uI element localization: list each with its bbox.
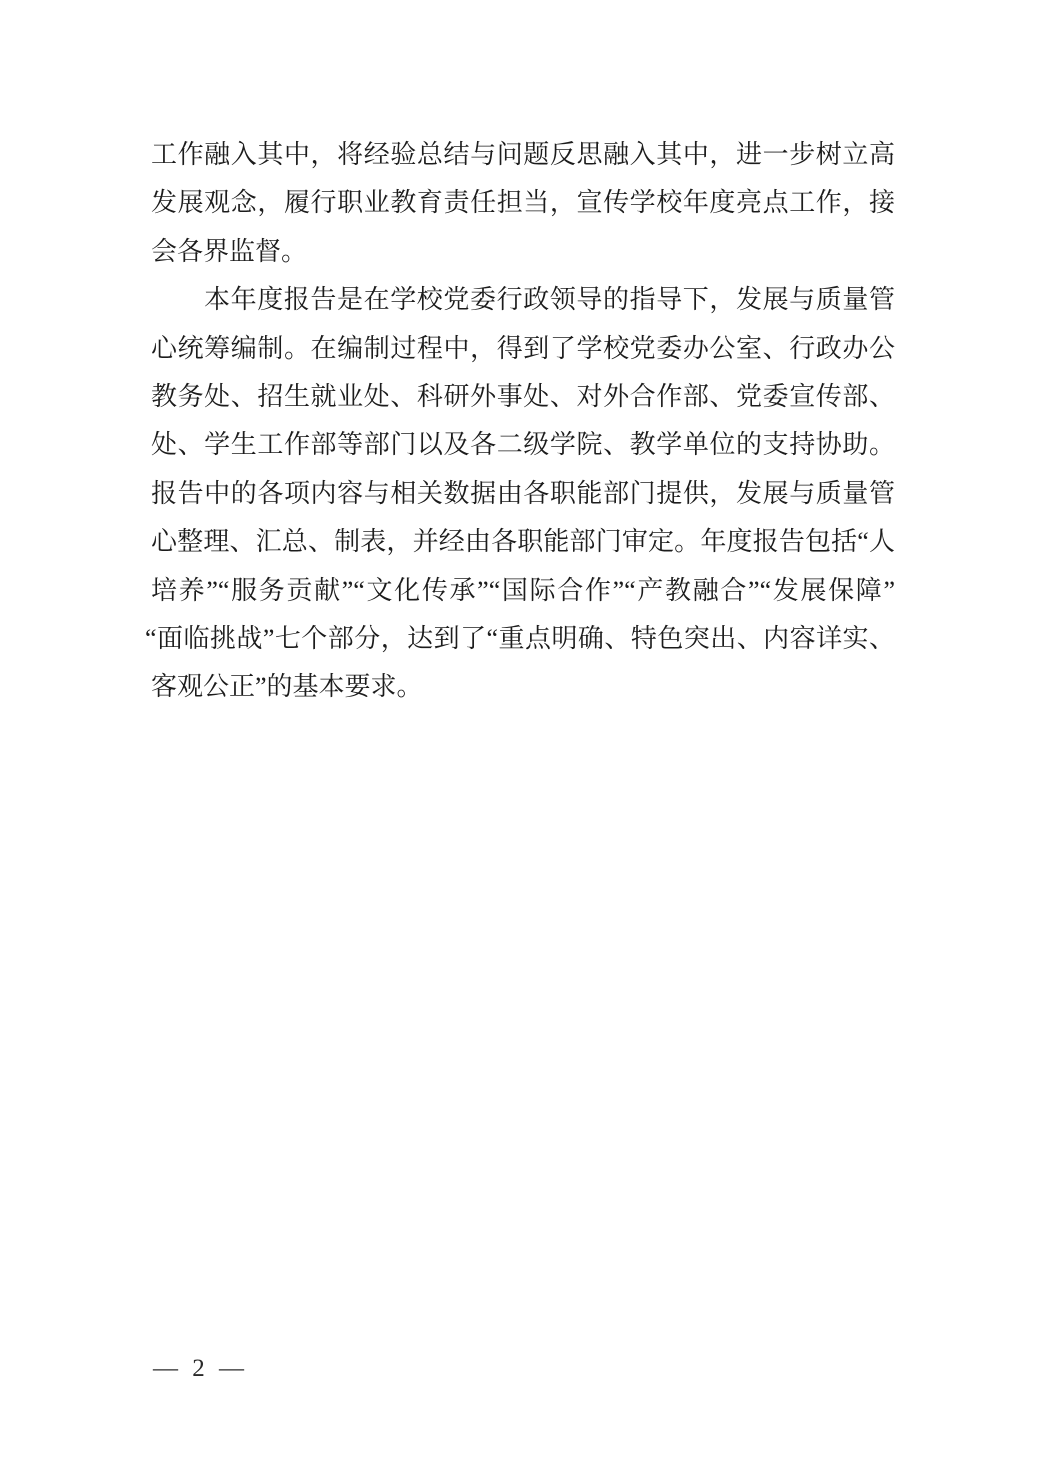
paragraph: 工作融入其中，将经验总结与问题反思融入其中，进一步树立高质量 发展观念，履行职业… [151,131,895,276]
text-line: 处、学生工作部等部门以及各二级学院、教学单位的支持协助。年度 [151,421,895,469]
document-body: 工作融入其中，将经验总结与问题反思融入其中，进一步树立高质量 发展观念，履行职业… [151,131,895,712]
text-line: 教务处、招生就业处、科研外事处、对外合作部、党委宣传部、财务 [151,373,895,421]
text-line: 工作融入其中，将经验总结与问题反思融入其中，进一步树立高质量 [151,131,895,179]
text-line: 培养”“服务贡献”“文化传承”“国际合作”“产教融合”“发展保障” [151,567,895,615]
document-page: 工作融入其中，将经验总结与问题反思融入其中，进一步树立高质量 发展观念，履行职业… [0,0,1041,1472]
page-number: — 2 — [153,1355,248,1383]
text-line: “面临挑战”七个部分，达到了“重点明确、特色突出、内容详实、 [145,615,895,663]
text-line: 本年度报告是在学校党委行政领导的指导下，发展与质量管理中 [151,276,895,324]
text-line: 心统筹编制。在编制过程中，得到了学校党委办公室、行政办公室、 [151,325,895,373]
text-line: 报告中的各项内容与相关数据由各职能部门提供，发展与质量管理中 [151,470,895,518]
text-line: 客观公正”的基本要求。 [151,663,895,711]
text-line: 发展观念，履行职业教育责任担当，宣传学校年度亮点工作，接受社 [151,179,895,227]
text-line: 心整理、汇总、制表，并经由各职能部门审定。年度报告包括“人才 [151,518,895,566]
text-line: 会各界监督。 [151,228,895,276]
paragraph: 本年度报告是在学校党委行政领导的指导下，发展与质量管理中 心统筹编制。在编制过程… [151,276,895,712]
